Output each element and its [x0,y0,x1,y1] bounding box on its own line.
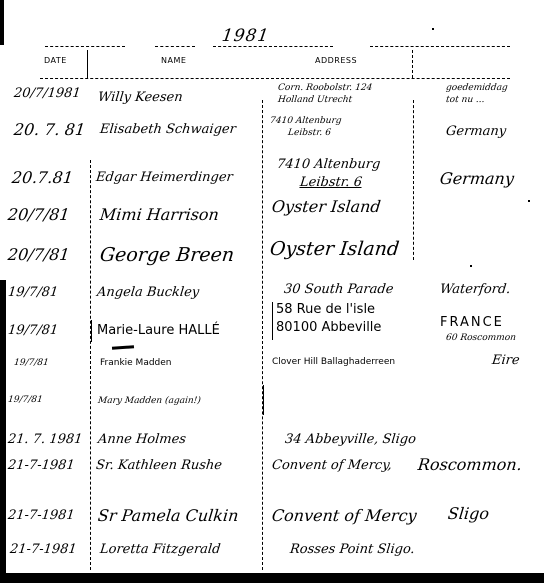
header-rule [370,46,510,47]
page-year: 1981 [221,26,271,46]
entry-address-line: Leibstr. 6 [287,128,331,138]
entry-address-line: 7410 Altenburg [276,157,381,172]
entry-name: Marie-Laure HALLÉ [97,323,220,338]
column-divider [412,50,413,78]
scan-speck [528,200,530,202]
entry-name: Sr Pamela Culkin [97,506,239,525]
entry-remark: goedemiddag [445,83,508,93]
entry-date: 19/7/81 [7,285,59,300]
entry-date: 20/7/81 [7,245,71,264]
column-divider [90,160,91,570]
entry-remark: FRANCE [440,315,504,330]
scan-speck [432,28,434,30]
entry-date: 19/7/81 [13,358,49,368]
header-rule [45,46,125,47]
entry-date: 21-7-1981 [9,542,77,557]
entry-name: Edgar Heimerdinger [95,170,233,185]
entry-date: 21-7-1981 [7,458,75,473]
entry-address-line: Holland Utrecht [277,95,352,105]
entry-name: Frankie Madden [100,358,172,368]
entry-name: Mimi Harrison [99,205,220,224]
entry-address-line: 34 Abbeyville, Sligo [284,432,416,447]
entry-remark: tot nu ... [445,95,485,105]
entry-remark: Germany [439,169,515,188]
entry-name: Mary Madden (again!) [97,396,201,406]
column-divider [91,320,92,342]
entry-name: Elisabeth Schwaiger [99,122,236,137]
entry-address-line: Oyster Island [271,197,382,216]
entry-address-line: Leibstr. 6 [299,175,363,190]
column-divider [272,302,273,340]
entry-date: 20. 7. 81 [13,120,86,139]
entry-name: Anne Holmes [97,432,187,447]
entry-remark: 60 Roscommon [445,333,516,343]
column-divider [263,385,264,415]
entry-address-line: 80100 Abbeville [276,320,381,335]
entry-name: Willy Keesen [97,90,183,105]
entry-date: 21-7-1981 [7,508,75,523]
entry-address-line: Rosses Point Sligo. [289,542,415,557]
column-divider [262,100,263,570]
entry-remark: Sligo [447,504,490,523]
column-header-address: ADDRESS [315,56,357,65]
scan-edge-top [0,0,4,45]
header-rule [155,46,195,47]
scan-edge-bottom [0,573,544,583]
entry-address-line: 58 Rue de l'isle [276,302,375,317]
entry-date: 19/7/81 [7,323,59,338]
entry-date: 20.7.81 [11,168,74,187]
entry-address-line: Clover Hill Ballaghaderreen [272,357,395,367]
entry-date: 20/7/81 [7,205,71,224]
entry-name: Loretta Fitzgerald [99,542,221,557]
scribble-mark [112,345,134,350]
entry-address-line: Oyster Island [269,238,400,260]
header-rule [40,78,510,79]
entry-address-line: 30 South Parade [283,282,394,297]
column-header-date: DATE [44,56,67,65]
column-divider [87,50,88,78]
column-header-name: NAME [161,56,186,65]
entry-date: 20/7/1981 [13,86,81,101]
entry-name: George Breen [99,244,235,266]
header-rule [213,46,333,47]
entry-remark: Roscommon. [417,455,523,474]
column-divider [413,100,414,260]
entry-name: Sr. Kathleen Rushe [95,458,223,473]
entry-date: 21. 7. 1981 [7,432,83,447]
entry-address-line: Convent of Mercy, [271,458,393,473]
entry-remark: Eire [491,353,520,368]
entry-address-line: Convent of Mercy [271,506,418,525]
scan-speck [470,265,472,267]
entry-date: 19/7/81 [7,395,43,405]
scan-edge-left [0,280,6,580]
entry-address-line: 7410 Altenburg [269,116,342,126]
entry-name: Angela Buckley [96,285,200,300]
entry-address-line: Corn. Roobolstr. 124 [277,83,372,93]
entry-remark: Germany [445,124,507,139]
entry-remark: Waterford. [439,282,511,297]
